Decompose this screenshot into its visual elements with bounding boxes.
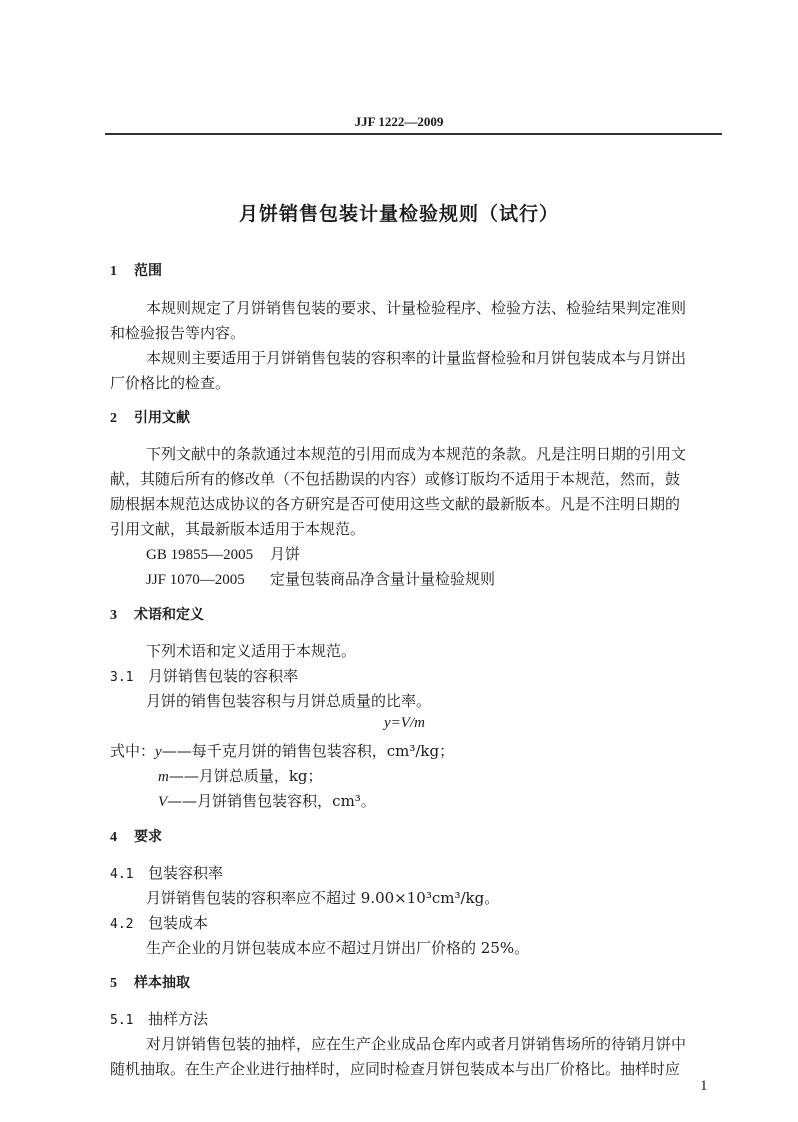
formula-var-y: 式中：y——每千克月饼的销售包装容积，cm³/kg； xyxy=(110,740,454,761)
paragraph-line: 本规则规定了月饼销售包装的要求、计量检验程序、检验方法、检验结果判定准则 xyxy=(146,297,686,318)
paragraph-line: 随机抽取。在生产企业进行抽样时，应同时检查月饼包装成本与出厂价格比。抽样时应 xyxy=(110,1058,680,1079)
subsection-4-1-heading: 4.1包装容积率 xyxy=(110,862,223,883)
subsection-3-1-heading: 3.1月饼销售包装的容积率 xyxy=(110,665,298,686)
section-1-heading: 1范围 xyxy=(110,260,162,280)
formula: y=V/m xyxy=(384,715,425,732)
paragraph-line: 和检验报告等内容。 xyxy=(110,322,245,343)
page-number: 1 xyxy=(700,1078,708,1095)
paragraph-line: 对月饼销售包装的抽样，应在生产企业成品仓库内或者月饼销售场所的待销月饼中 xyxy=(146,1033,686,1054)
section-3-heading: 3术语和定义 xyxy=(110,604,204,624)
paragraph-line: 厂价格比的检查。 xyxy=(110,372,230,393)
requirement-text: 月饼销售包装的容积率应不超过 9.00×10³cm³/kg。 xyxy=(146,887,499,908)
subsection-4-2-heading: 4.2包装成本 xyxy=(110,912,208,933)
paragraph-line: 引用文献，其最新版本适用于本规范。 xyxy=(110,518,365,539)
reference-gb19855: GB 19855—2005月饼 xyxy=(146,543,300,564)
paragraph-line: 献，其随后所有的修改单（不包括勘误的内容）或修订版均不适用于本规范，然而，鼓 xyxy=(110,468,680,489)
header-rule xyxy=(105,133,722,135)
subsection-5-1-heading: 5.1抽样方法 xyxy=(110,1008,208,1029)
document-id-header: JJF 1222—2009 xyxy=(0,114,798,130)
requirement-text: 生产企业的月饼包装成本应不超过月饼出厂价格的 25%。 xyxy=(146,937,529,958)
paragraph-line: 下列术语和定义适用于本规范。 xyxy=(146,640,356,661)
section-5-heading: 5样本抽取 xyxy=(110,972,190,992)
reference-jjf1070: JJF 1070—2005定量包装商品净含量计量检验规则 xyxy=(146,568,495,589)
paragraph-line: 下列文献中的条款通过本规范的引用而成为本规范的条款。凡是注明日期的引用文 xyxy=(146,443,686,464)
formula-var-v: V——月饼销售包装容积，cm³。 xyxy=(158,790,376,811)
document-title: 月饼销售包装计量检验规则（试行） xyxy=(0,199,798,226)
definition-text: 月饼的销售包装容积与月饼总质量的比率。 xyxy=(146,690,431,711)
paragraph-line: 本规则主要适用于月饼销售包装的容积率的计量监督检验和月饼包装成本与月饼出 xyxy=(146,347,686,368)
paragraph-line: 励根据本规范达成协议的各方研究是否可使用这些文献的最新版本。凡是不注明日期的 xyxy=(110,493,680,514)
formula-var-m: m——月饼总质量，kg； xyxy=(158,765,323,786)
section-2-heading: 2引用文献 xyxy=(110,407,190,427)
section-4-heading: 4要求 xyxy=(110,826,162,846)
